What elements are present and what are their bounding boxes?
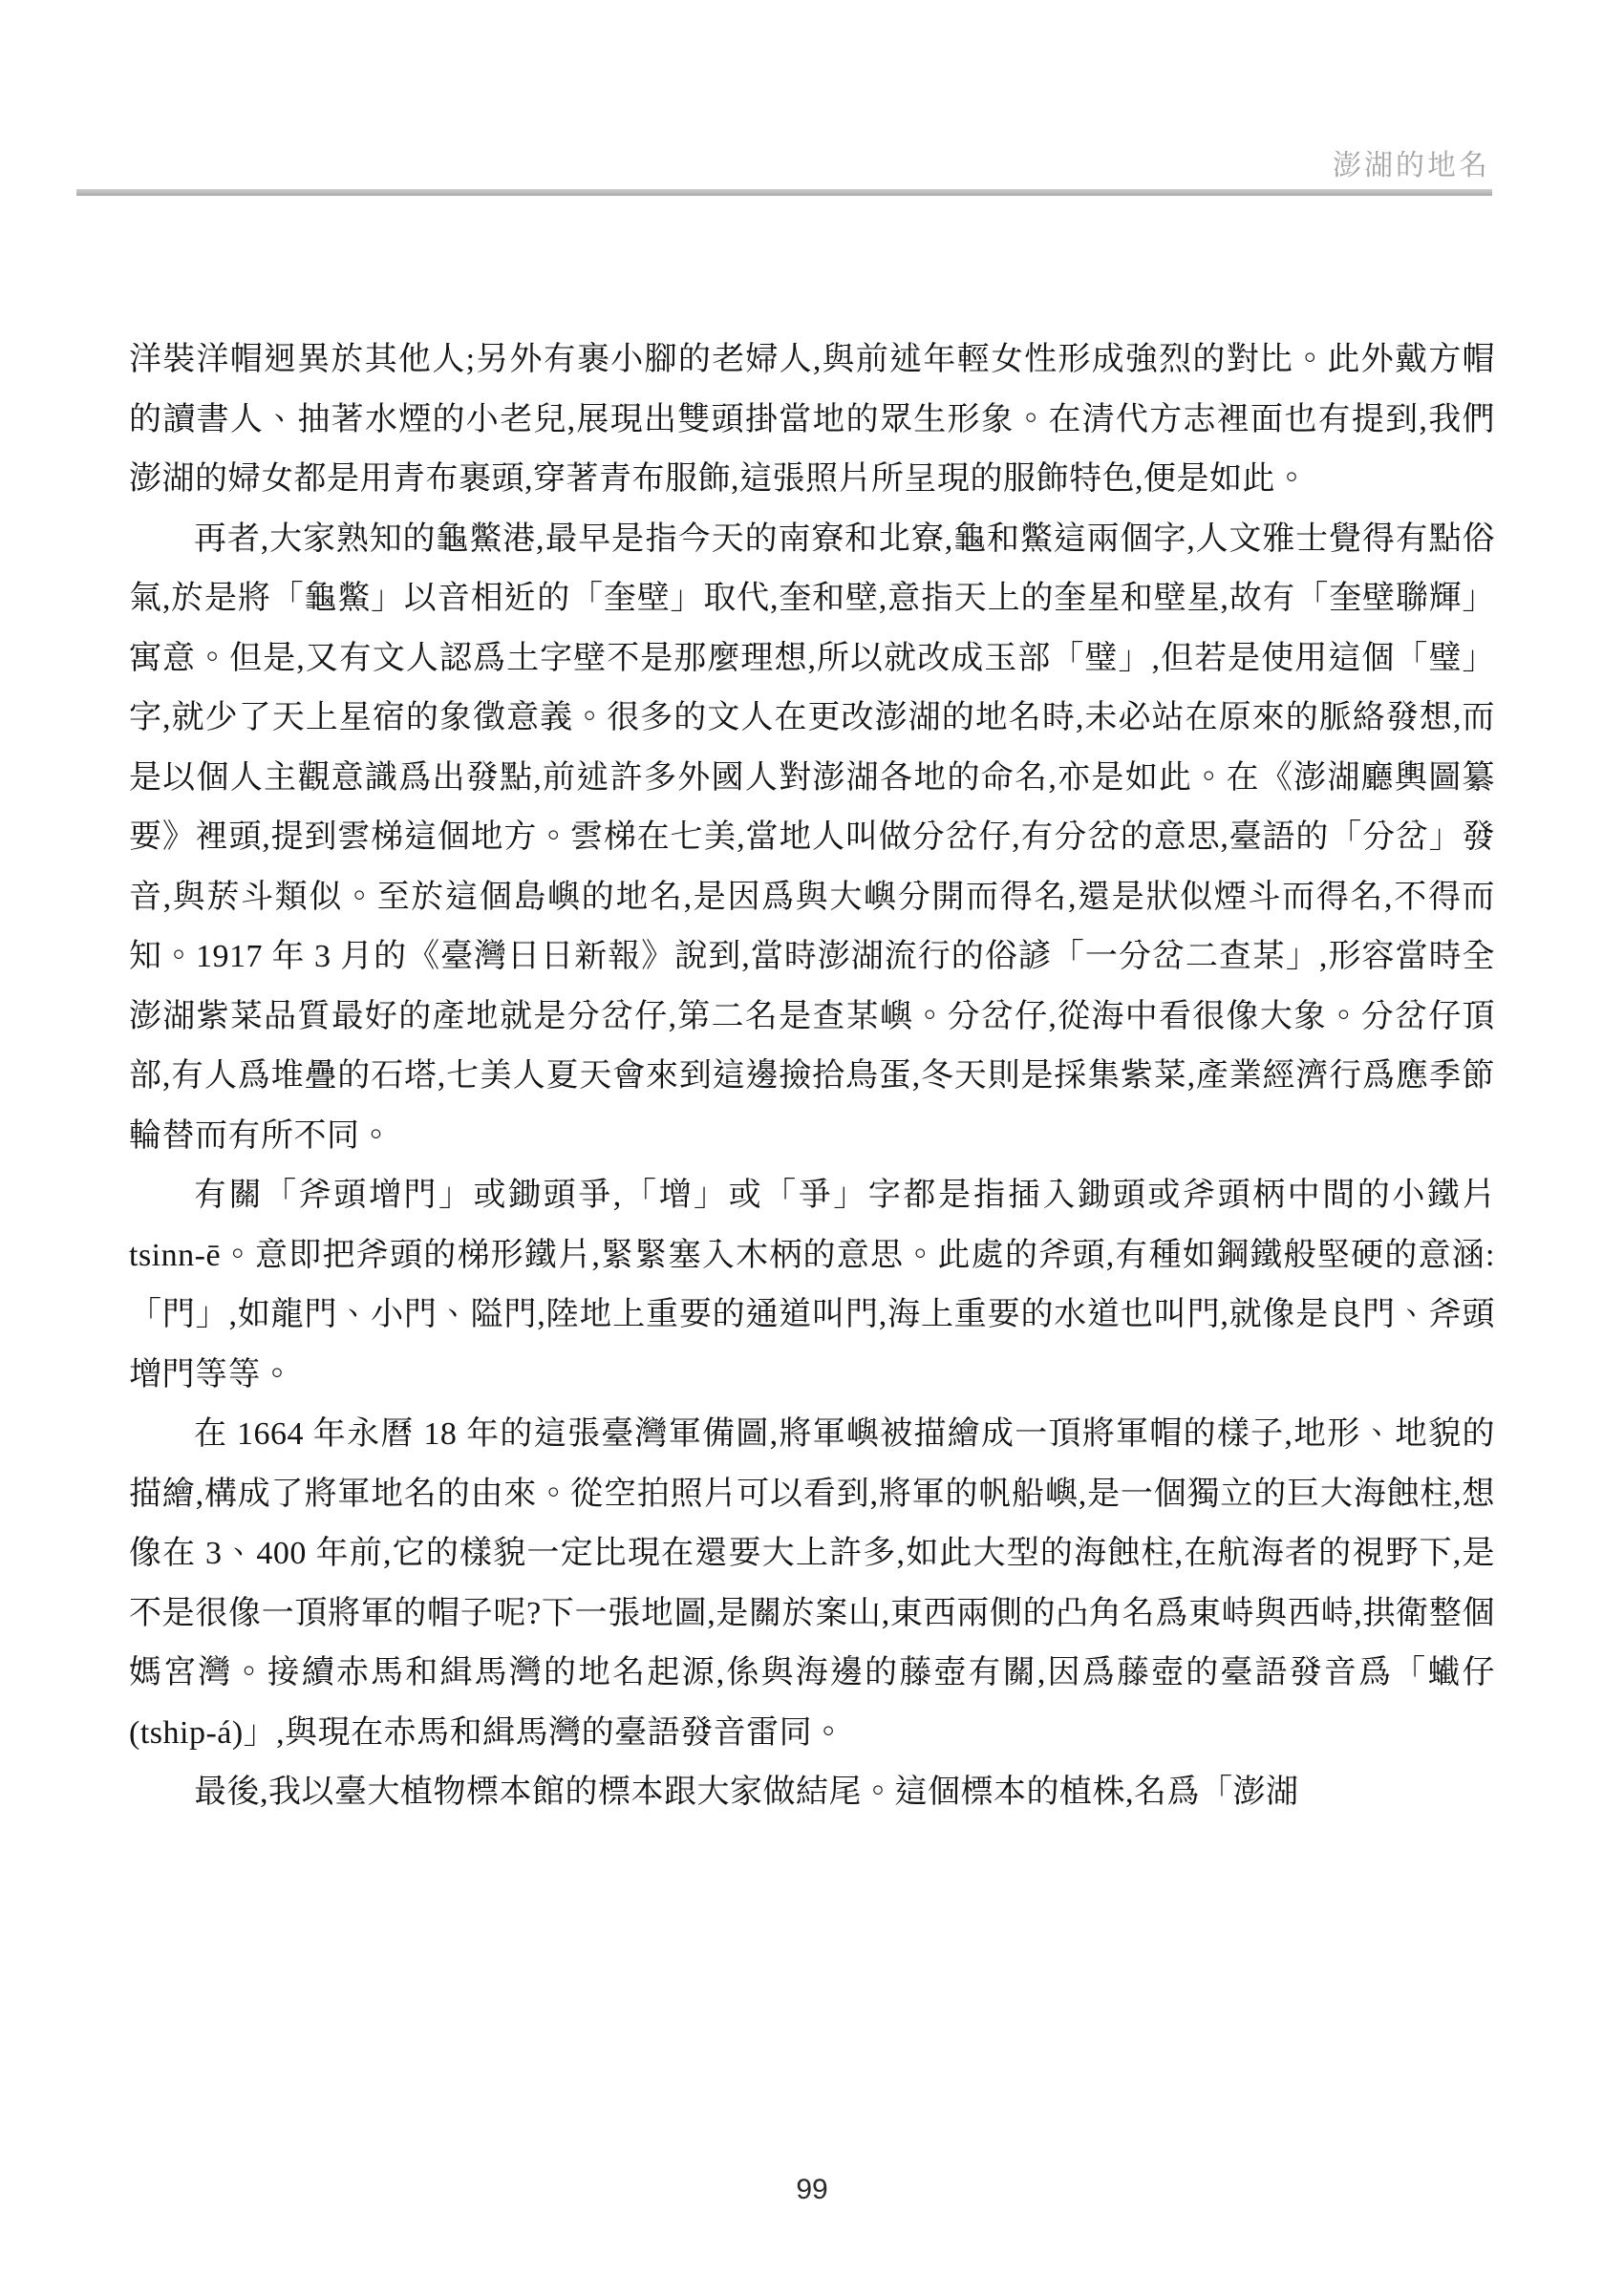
body-text-block: 洋裝洋帽迥異於其他人;另外有裹小腳的老婦人,與前述年輕女性形成強烈的對比。此外戴… [129, 330, 1495, 1823]
paragraph-3: 有關「斧頭增門」或鋤頭爭,「增」或「爭」字都是指插入鋤頭或斧頭柄中間的小鐵片 t… [129, 1166, 1495, 1405]
paragraph-1: 洋裝洋帽迥異於其他人;另外有裹小腳的老婦人,與前述年輕女性形成強烈的對比。此外戴… [129, 330, 1495, 510]
paragraph-5: 最後,我以臺大植物標本館的標本跟大家做結尾。這個標本的植株,名爲「澎湖 [129, 1763, 1495, 1823]
running-header-title: 澎湖的地名 [1333, 141, 1490, 183]
paragraph-2: 再者,大家熟知的龜鱉港,最早是指今天的南寮和北寮,龜和鱉這兩個字,人文雅士覺得有… [129, 510, 1495, 1167]
paragraph-4: 在 1664 年永曆 18 年的這張臺灣軍備圖,將軍嶼被描繪成一頂將軍帽的樣子,… [129, 1405, 1495, 1763]
book-page: 澎湖的地名 洋裝洋帽迥異於其他人;另外有裹小腳的老婦人,與前述年輕女性形成強烈的… [0, 0, 1624, 2296]
header-rule-divider [76, 189, 1492, 196]
page-number: 99 [0, 2174, 1624, 2206]
